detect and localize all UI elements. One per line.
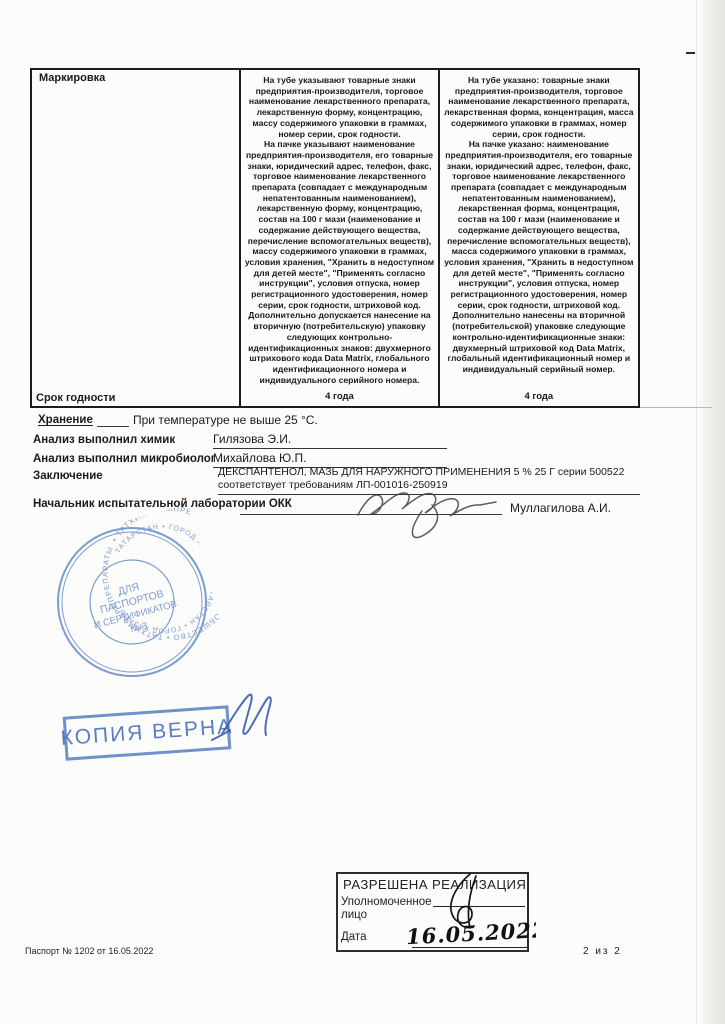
- marking-row-label: Маркировка: [39, 72, 105, 84]
- round-stamp: • ТАТХИМФАРМПРЕПАРАТЫ • АКЦИОНЕРНОЕ ОБЩЕ…: [34, 504, 230, 700]
- authorized-person-label-line1: Уполномоченное: [341, 896, 432, 909]
- marking-column-2: На тубе указано: товарные знаки предприя…: [440, 70, 638, 406]
- marking-col2-paragraph-2: На пачке указано: наименование предприят…: [443, 139, 635, 310]
- storage-value: При температуре не выше 25 °С.: [133, 413, 318, 427]
- chemist-value: Гилязова Э.И.: [213, 432, 447, 449]
- chemist-label: Анализ выполнил химик: [33, 434, 175, 446]
- marking-col2-paragraph-1: На тубе указано: товарные знаки предприя…: [443, 75, 635, 139]
- lab-head-signature-ink: [352, 477, 504, 539]
- page-number: 2 из 2: [583, 946, 622, 957]
- storage-blank-line: [97, 426, 129, 427]
- marking-table-label-column: Маркировка Срок годности: [32, 70, 241, 406]
- marking-column-1: На тубе указывают товарные знаки предпри…: [241, 70, 439, 406]
- marking-col2-paragraph-3: Дополнительно нанесены на вторичной (пот…: [443, 310, 635, 374]
- marking-col1-paragraph-3: Дополнительно допускается нанесение на в…: [244, 310, 434, 385]
- table-tail-line: [640, 407, 712, 408]
- scanned-document-page: Маркировка Срок годности На тубе указыва…: [0, 0, 725, 1024]
- lab-head-label: Начальник испытательной лаборатории ОКК: [33, 498, 292, 510]
- dash-mark: [686, 52, 695, 54]
- passport-number-footer: Паспорт № 1202 от 16.05.2022: [25, 946, 153, 956]
- marking-col1-paragraph-2: На пачке указывают наименование предприя…: [244, 139, 434, 310]
- copy-stamp-signature-ink: [210, 690, 282, 744]
- handwritten-date-text: 16.05.2022: [405, 917, 536, 949]
- handwritten-date: 16.05.2022: [402, 915, 536, 951]
- date-label: Дата: [341, 931, 366, 943]
- marking-col1-paragraph-1: На тубе указывают товарные знаки предпри…: [244, 75, 434, 139]
- copy-verified-stamp-text: КОПИЯ ВЕРНА: [60, 715, 234, 751]
- shelf-life-row-label: Срок годности: [36, 392, 115, 404]
- lab-head-name: Муллагилова А.И.: [510, 501, 611, 515]
- shelf-life-value-col2: 4 года: [443, 392, 635, 404]
- storage-label: Хранение: [38, 414, 93, 426]
- scan-paper-edge: [696, 0, 725, 1024]
- conclusion-label: Заключение: [33, 470, 103, 482]
- marking-table: Маркировка Срок годности На тубе указыва…: [30, 68, 640, 408]
- shelf-life-value-col1: 4 года: [244, 392, 434, 404]
- microbiologist-label: Анализ выполнил микробиолог: [33, 453, 216, 465]
- copy-verified-stamp: КОПИЯ ВЕРНА: [63, 705, 232, 760]
